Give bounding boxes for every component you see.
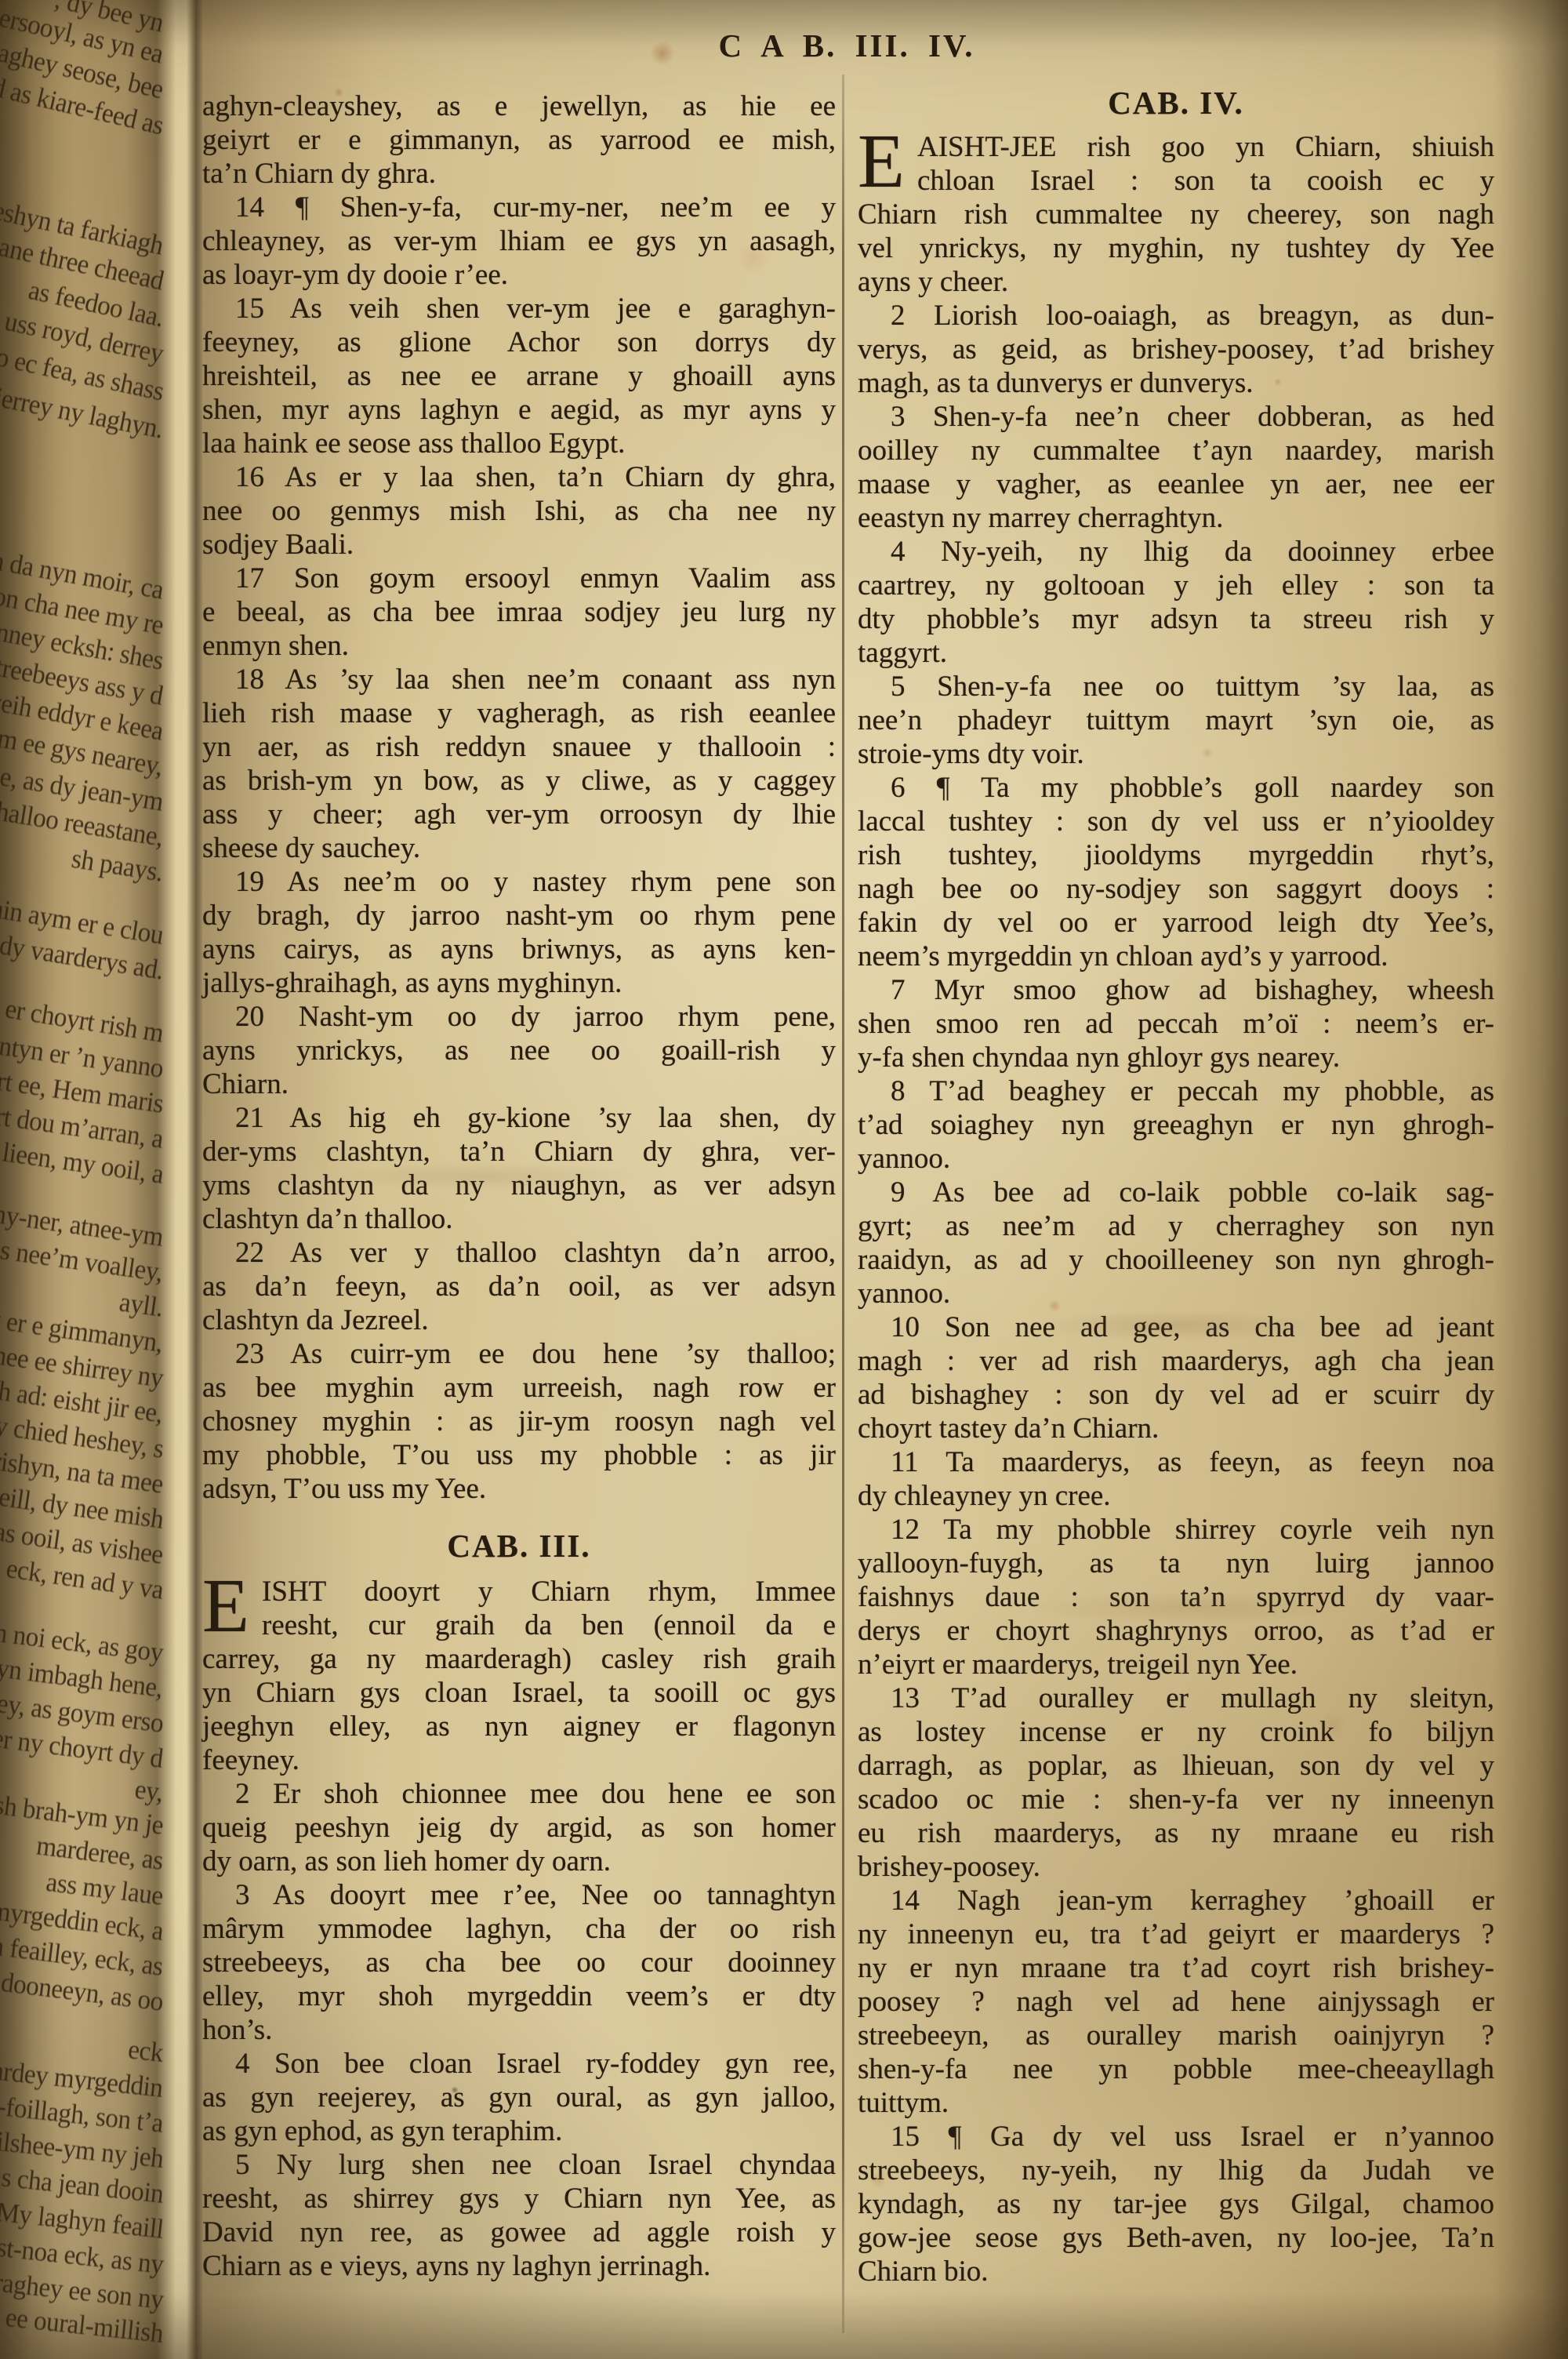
text-line: 14 ¶ Shen-y-fa, cur-my-ner, nee’m ee y [202,191,836,224]
text-line: carrey, ga ny maarderagh) casley rish gr… [202,1642,836,1676]
text-line: streebeeyn, as ouralley marish oainjyryn… [858,2019,1494,2052]
text-line: yannoo. [858,1277,1494,1310]
text-line: 21 As hig eh gy-kione ’sy laa shen, dy [202,1101,836,1135]
verse-paragraph: 4 Ny-yeih, ny lhig da dooinney erbeecaar… [858,535,1494,670]
text-line: feeyney. [202,1743,836,1777]
text-line: ny inneenyn eu, tra t’ad geiyrt er maard… [858,1917,1494,1951]
text-line: reesht, cur graih da ben (ennoil da e [202,1608,836,1642]
text-line: ass y cheer; agh ver-ym orroosyn dy lhie [202,798,836,831]
text-line: eeastyn ny marrey cherraghtyn. [858,501,1494,535]
text-line: 19 As nee’m oo y nastey rhym pene son [202,865,836,899]
verse-paragraph: 22 As ver y thalloo clashtyn da’n arroo,… [202,1236,836,1337]
text-line: 22 As ver y thalloo clashtyn da’n arroo, [202,1236,836,1270]
text-line: Chiarn as e vieys, ayns ny laghyn jerrin… [202,2249,836,2283]
text-line: streebeeys, ny-yeih, ny lhig da Judah ve [858,2154,1494,2187]
text-line: scadoo oc mie : shen-y-fa ver ny inneeny… [858,1783,1494,1816]
text-line: rish tushtey, jiooldyms myrgeddin rhyt’s… [858,838,1494,872]
text-line: 17 Son goym ersooyl enmyn Vaalim ass [202,562,836,595]
text-line: derys er choyrt shaghrynys orroo, as t’a… [858,1614,1494,1648]
text-line: sheese dy sauchey. [202,831,836,865]
text-line: shen-y-fa nee yn pobble mee-cheeayllagh [858,2052,1494,2086]
text-line: laccal tushtey : son dy vel uss er n’yio… [858,805,1494,838]
text-line: eu rish maarderys, as ny mraane eu rish [858,1816,1494,1850]
text-line: sodjey Baali. [202,528,836,562]
verse-paragraph: 12 Ta my phobble shirrey coyrle veih nyn… [858,1513,1494,1681]
text-line: 5 Shen-y-fa nee oo tuittym ’sy laa, as [858,670,1494,703]
drop-cap: E [858,128,905,195]
verse-paragraph: 6 ¶ Ta my phobble’s goll naardey sonlacc… [858,771,1494,973]
text-line: dty phobble’s myr adsyn ta streeu rish y [858,602,1494,636]
verse-paragraph: 18 As ’sy laa shen nee’m conaant ass nyn… [202,663,836,865]
verse-paragraph: 21 As hig eh gy-kione ’sy laa shen, dyde… [202,1101,836,1236]
text-line: mârym ymmodee laghyn, cha der oo rish [202,1912,836,1946]
text-line: 5 Ny lurg shen nee cloan Israel chyndaa [202,2148,836,2182]
text-line: clashtyn da Jezreel. [202,1303,836,1337]
text-line: shen smoo ren ad peccah m’oï : neem’s er… [858,1007,1494,1041]
spine-text-fragment: ey, [133,1776,165,1806]
text-line: yn aer, as rish reddyn snauee y thallooi… [202,730,836,764]
text-line: lieh rish maase y vagheragh, as rish eea… [202,696,836,730]
text-line: poosey ? nagh vel ad hene ainjyssagh er [858,1985,1494,2019]
text-line: my phobble, T’ou uss my phobble : as jir [202,1438,836,1472]
text-line: nee’n phadeyr tuittym mayrt ’syn oie, as [858,703,1494,737]
text-line: 23 As cuirr-ym ee dou hene ’sy thalloo; [202,1337,836,1371]
text-line: fakin dy vel oo er yarrood leigh dty Yee… [858,906,1494,940]
text-line: yms clashtyn da ny niaughyn, as ver adsy… [202,1169,836,1202]
spine-text-fragment: ayll. [118,1288,165,1321]
text-line: tuittym. [858,2086,1494,2120]
verse-paragraph: 9 As bee ad co-laik pobble co-laik sag-g… [858,1176,1494,1310]
text-line: 7 Myr smoo ghow ad bishaghey, wheesh [858,973,1494,1007]
text-line: aghyn-cleayshey, as e jewellyn, as hie e… [202,89,836,123]
text-line: 6 ¶ Ta my phobble’s goll naardey son [858,771,1494,805]
text-line: 16 As er y laa shen, ta’n Chiarn dy ghra… [202,460,836,494]
verse-paragraph: 11 Ta maarderys, as feeyn, as feeyn noad… [858,1445,1494,1513]
text-line: jeeghyn elley, as nyn aigney er flagonyn [202,1710,836,1743]
text-line: e beeal, as cha bee imraa sodjey jeu lur… [202,595,836,629]
text-line: hon’s. [202,2013,836,2047]
text-line: clashtyn da’n thalloo. [202,1202,836,1236]
text-line: as gyn reejerey, as gyn oural, as gyn ja… [202,2081,836,2114]
text-line: 3 As dooyrt mee r’ee, Nee oo tannaghtyn [202,1878,836,1912]
verse-paragraph: 14 ¶ Shen-y-fa, cur-my-ner, nee’m ee ych… [202,191,836,292]
text-line: 15 ¶ Ga dy vel uss Israel er n’yannoo [858,2120,1494,2154]
text-line: jallys-ghraihagh, as ayns myghinyn. [202,966,836,1000]
drop-cap: E [202,1572,249,1640]
verse-paragraph: 10 Son nee ad gee, as cha bee ad jeantma… [858,1310,1494,1445]
text-line: yallooyn-fuygh, as ta nyn luirg jannoo [858,1547,1494,1580]
text-line: as gyn ephod, as gyn teraphim. [202,2114,836,2148]
verse-paragraph: 19 As nee’m oo y nastey rhym pene sondy … [202,865,836,1000]
text-line: kyndagh, as ny tar-jee gys Gilgal, chamo… [858,2187,1494,2221]
text-line: AISHT-JEE rish goo yn Chiarn, shiuish [858,130,1494,164]
text-line: 18 As ’sy laa shen nee’m conaant ass nyn [202,663,836,696]
text-line: 13 T’ad ouralley er mullagh ny sleityn, [858,1681,1494,1715]
text-line: 11 Ta maarderys, as feeyn, as feeyn noa [858,1445,1494,1479]
text-line: adsyn, T’ou uss my Yee. [202,1472,836,1506]
verse-paragraph: 5 Ny lurg shen nee cloan Israel chyndaar… [202,2148,836,2283]
text-line: stroie-yms dty voir. [858,737,1494,771]
text-line: as bee myghin aym urreeish, nagh row er [202,1371,836,1405]
text-line: laa haink ee seose ass thalloo Egypt. [202,427,836,460]
verse-paragraph: 2 Er shoh chionnee mee dou hene ee sonqu… [202,1777,836,1878]
text-line: magh, as ta dunverys er dunverys. [858,366,1494,400]
text-line: ayns y cheer. [858,265,1494,299]
text-line: dy chleayney yn cree. [858,1479,1494,1513]
text-line: darragh, as poplar, as lhieuan, son dy v… [858,1749,1494,1783]
running-header: C A B. III. IV. [196,27,1497,64]
text-line: chloan Israel : son ta cooish ec y [858,164,1494,198]
verse-paragraph: 3 Shen-y-fa nee’n cheer dobberan, as hed… [858,400,1494,535]
verse-paragraph: 8 T’ad beaghey er peccah my phobble, ast… [858,1074,1494,1176]
text-line: dy bragh, dy jarroo nasht-ym oo rhym pen… [202,899,836,932]
text-line: 3 Shen-y-fa nee’n cheer dobberan, as hed [858,400,1494,434]
spine-curled-page: , dy bee ynoaill ersooyl, as yn eay hoia… [0,0,202,2359]
text-line: chleayney, as ver-ym lhiam ee gys yn aas… [202,224,836,258]
verse-paragraph: 2 Liorish loo-oaiagh, as breagyn, as dun… [858,299,1494,400]
text-line: shen, myr ayns laghyn e aegid, as myr ay… [202,393,836,427]
text-line: dy oarn, as son lieh homer dy oarn. [202,1845,836,1878]
text-line: vel ynrickys, ny myghin, ny tushtey dy Y… [858,231,1494,265]
text-line: brishey-poosey. [858,1850,1494,1884]
text-line: Chiarn. [202,1067,836,1101]
text-line: elley, myr shoh myrgeddin veem’s er dty [202,1979,836,2013]
verse-paragraph: 17 Son goym ersooyl enmyn Vaalim asse be… [202,562,836,663]
verse-paragraph: 20 Nasht-ym oo dy jarroo rhym pene,ayns … [202,1000,836,1101]
text-line: 4 Ny-yeih, ny lhig da dooinney erbee [858,535,1494,569]
text-line: 8 T’ad beaghey er peccah my phobble, as [858,1074,1494,1108]
text-line: 2 Liorish loo-oaiagh, as breagyn, as dun… [858,299,1494,333]
text-line: Chiarn rish cummaltee ny cheerey, son na… [858,198,1494,231]
text-line: der-yms clashtyn, ta’n Chiarn dy ghra, v… [202,1135,836,1169]
text-line: yn Chiarn gys cloan Israel, ta sooill oc… [202,1676,836,1710]
verse-paragraph: 23 As cuirr-ym ee dou hene ’sy thalloo;a… [202,1337,836,1506]
text-line: Chiarn bio. [858,2255,1494,2288]
right-text-column: CAB. IV.EAISHT-JEE rish goo yn Chiarn, s… [858,78,1494,2288]
text-line: ayns ynrickys, as nee oo goaill-rish y [202,1034,836,1067]
verse-paragraph: 4 Son bee cloan Israel ry-foddey gyn ree… [202,2047,836,2148]
text-line: as da’n feeyn, as da’n ooil, as ver adsy… [202,1270,836,1303]
text-line: ooilley ny cummaltee t’ayn naardey, mari… [858,434,1494,467]
column-divider-rule [842,75,844,2333]
text-line: as brish-ym yn bow, as y cliwe, as y cag… [202,764,836,798]
text-line: nagh bee oo ny-sodjey son saggyrt dooys … [858,872,1494,906]
text-line: neem’s myrgeddin yn chloan ayd’s y yarro… [858,940,1494,973]
verse-paragraph: 7 Myr smoo ghow ad bishaghey, wheeshshen… [858,973,1494,1074]
text-line: y-fa shen chyndaa nyn ghloyr gys nearey. [858,1041,1494,1074]
text-line: n’eiyrt er maarderys, treigeil nyn Yee. [858,1648,1494,1681]
chapter-heading: CAB. III. [202,1526,836,1565]
verse-paragraph: 15 As veih shen ver-ym jee e garaghyn-fe… [202,292,836,460]
text-line: 12 Ta my phobble shirrey coyrle veih nyn [858,1513,1494,1547]
text-line: verys, as geid, as brishey-poosey, t’ad … [858,333,1494,366]
text-line: yannoo. [858,1142,1494,1176]
text-line: 10 Son nee ad gee, as cha bee ad jeant [858,1310,1494,1344]
text-line: caartrey, ny goltooan y jeh elley : son … [858,569,1494,602]
text-line: gow-jee seose gys Beth-aven, ny loo-jee,… [858,2221,1494,2255]
text-line: choyrt tastey da’n Chiarn. [858,1412,1494,1445]
verse-paragraph: 14 Nagh jean-ym kerraghey ’ghoaill erny … [858,1884,1494,2120]
text-line: hreishteil, as nee ee arrane y ghoaill a… [202,359,836,393]
verse-paragraph-dropcap: EISHT dooyrt y Chiarn rhym, Immeereesht,… [202,1575,836,1777]
text-line: magh : ver ad rish maarderys, agh cha je… [858,1344,1494,1378]
text-line: as lostey incense er ny croink fo biljyn [858,1715,1494,1749]
text-line: 9 As bee ad co-laik pobble co-laik sag- [858,1176,1494,1209]
verse-paragraph: 15 ¶ Ga dy vel uss Israel er n’yannoostr… [858,2120,1494,2288]
text-line: 4 Son bee cloan Israel ry-foddey gyn ree… [202,2047,836,2081]
text-line: David nyn ree, as gowee ad aggle roish y [202,2215,836,2249]
text-line: feeyney, as glione Achor son dorrys dy [202,325,836,359]
text-line: 15 As veih shen ver-ym jee e garaghyn- [202,292,836,325]
text-line: geiyrt er e gimmanyn, as yarrood ee mish… [202,123,836,157]
text-line: ISHT dooyrt y Chiarn rhym, Immee [202,1575,836,1608]
verse-paragraph-dropcap: EAISHT-JEE rish goo yn Chiarn, shiuishch… [858,130,1494,299]
text-line: queig peeshyn jeig dy argid, as son home… [202,1811,836,1845]
verse-paragraph: 3 As dooyrt mee r’ee, Nee oo tannaghtynm… [202,1878,836,2047]
text-line: taggyrt. [858,636,1494,670]
text-line: ayns cairys, as ayns briwnys, as ayns ke… [202,932,836,966]
text-line: streebeeys, as cha bee oo cour dooinney [202,1946,836,1979]
text-line: nee oo genmys mish Ishi, as cha nee ny [202,494,836,528]
text-line: chosney myghin : as jir-ym roosyn nagh v… [202,1405,836,1438]
text-line: 20 Nasht-ym oo dy jarroo rhym pene, [202,1000,836,1034]
spine-text-fragment: eck [127,2035,165,2066]
text-line: enmyn shen. [202,629,836,663]
text-line: 14 Nagh jean-ym kerraghey ’ghoaill er [858,1884,1494,1917]
left-text-column: aghyn-cleayshey, as e jewellyn, as hie e… [202,78,836,2283]
chapter-heading: CAB. IV. [858,83,1494,122]
text-line: reesht, as shirrey gys y Chiarn nyn Yee,… [202,2182,836,2215]
text-line: ny er nyn mraane tra t’ad coyrt rish bri… [858,1951,1494,1985]
text-line: faishnys daue : son ta’n spyrryd dy vaar… [858,1580,1494,1614]
text-line: ad bishaghey : son dy vel ad er scuirr d… [858,1378,1494,1412]
text-line: t’ad soiaghey nyn greeaghyn er nyn ghrog… [858,1108,1494,1142]
text-line: ta’n Chiarn dy ghra. [202,157,836,191]
verse-paragraph: 16 As er y laa shen, ta’n Chiarn dy ghra… [202,460,836,562]
text-line: as loayr-ym dy dooie r’ee. [202,258,836,292]
text-line: gyrt; as nee’m ad y cherraghey son nyn [858,1209,1494,1243]
verse-paragraph: aghyn-cleayshey, as e jewellyn, as hie e… [202,89,836,191]
text-line: 2 Er shoh chionnee mee dou hene ee son [202,1777,836,1811]
text-line: maase y vagher, as eeanlee yn aer, nee e… [858,467,1494,501]
text-line: raaidyn, as ad y chooilleeney son nyn gh… [858,1243,1494,1277]
verse-paragraph: 13 T’ad ouralley er mullagh ny sleityn,a… [858,1681,1494,1884]
verse-paragraph: 5 Shen-y-fa nee oo tuittym ’sy laa, asne… [858,670,1494,771]
book-photo: , dy bee ynoaill ersooyl, as yn eay hoia… [0,0,1568,2359]
